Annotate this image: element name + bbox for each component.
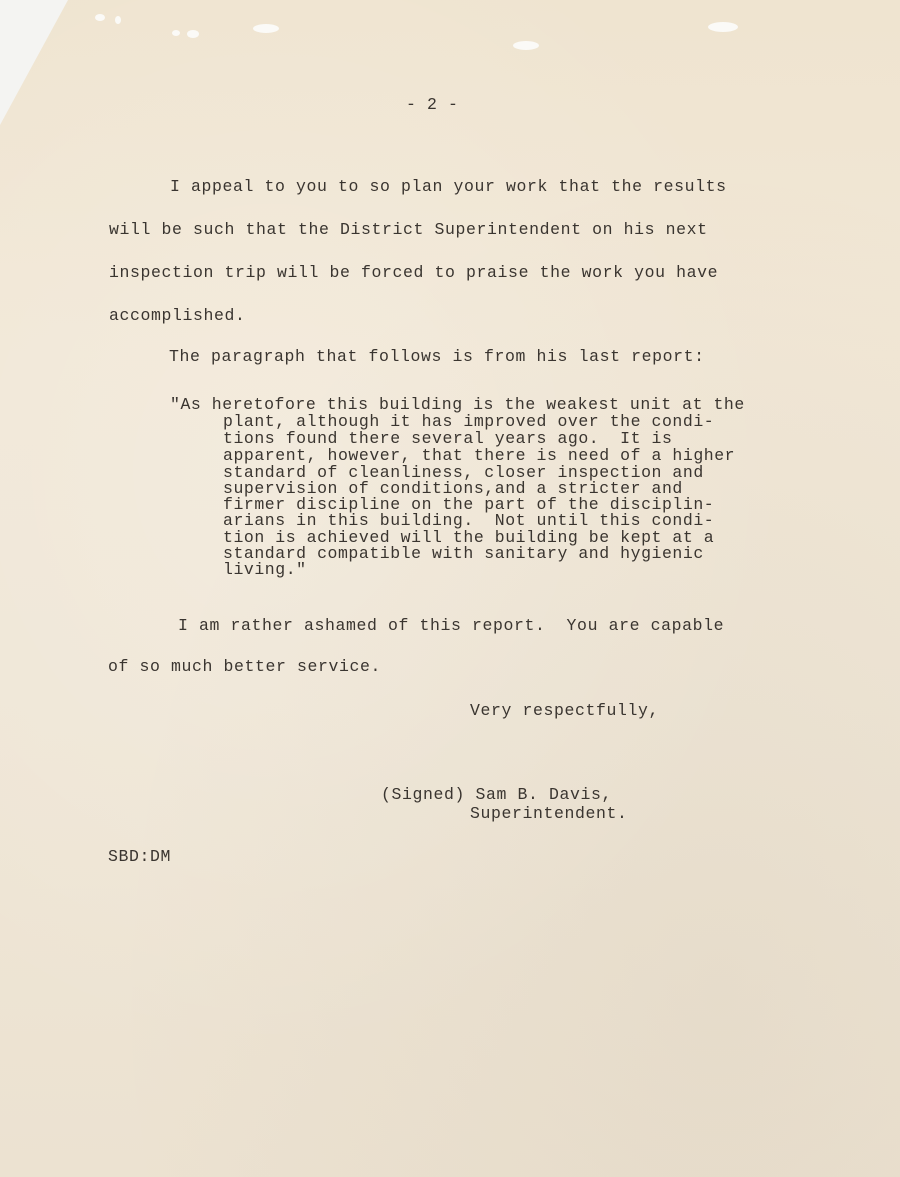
body-line: I appeal to you to so plan your work tha… [170, 179, 727, 196]
staple-hole-mark [187, 30, 199, 38]
intro-line: The paragraph that follows is from his l… [169, 349, 705, 366]
reference-initials: SBD:DM [108, 849, 171, 866]
staple-hole-mark [708, 22, 738, 32]
staple-hole-mark [95, 14, 105, 21]
staple-hole-mark [115, 16, 121, 24]
closing: Very respectfully, [470, 703, 659, 720]
body-line: of so much better service. [108, 659, 381, 676]
body-line: inspection trip will be forced to praise… [109, 265, 718, 282]
staple-hole-mark [253, 24, 279, 33]
quote-line: living." [223, 562, 307, 579]
signature-title: Superintendent. [470, 806, 628, 823]
page-number: - 2 - [406, 97, 459, 114]
staple-hole-mark [513, 41, 539, 50]
signature-line: (Signed) Sam B. Davis, [381, 787, 612, 804]
body-line: will be such that the District Superinte… [109, 222, 708, 239]
body-line: accomplished. [109, 308, 246, 325]
body-line: I am rather ashamed of this report. You … [178, 618, 724, 635]
staple-hole-mark [172, 30, 180, 36]
